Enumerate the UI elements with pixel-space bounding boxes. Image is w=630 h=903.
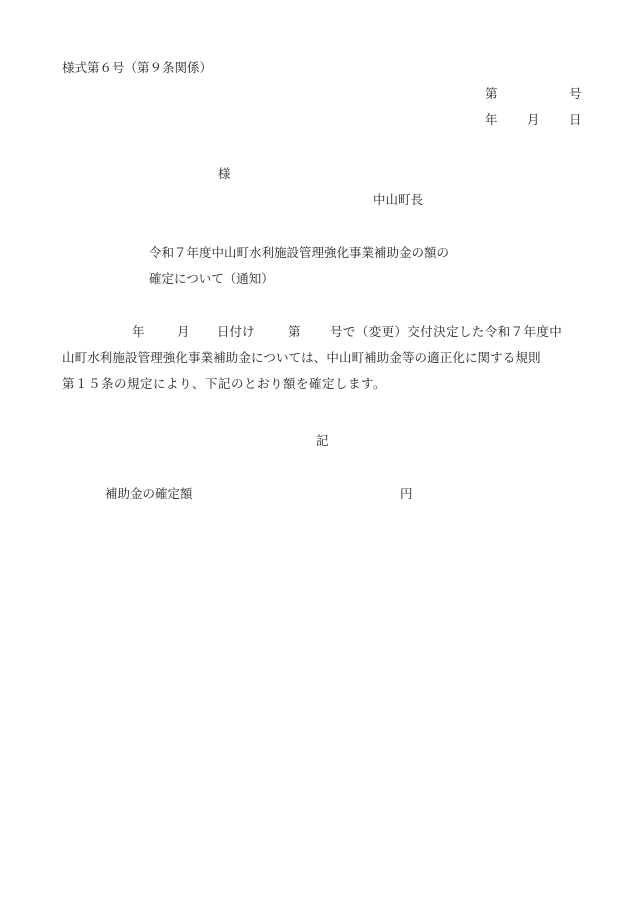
body-month: 月 (177, 324, 190, 340)
date-day: 日 (569, 112, 582, 128)
body-number-prefix: 第 (288, 324, 301, 340)
document-number-suffix: 号 (569, 86, 582, 102)
date-year: 年 (485, 112, 498, 128)
title-line-1: 令和７年度中山町水利施設管理強化事業補助金の額の (149, 245, 449, 261)
body-line-3: 第１５条の規定により、下記のとおり額を確定します。 (62, 376, 386, 392)
amount-label: 補助金の確定額 (105, 486, 193, 502)
body-line-1-rest: 号で（変更）交付決定した令和７年度中 (330, 324, 562, 340)
recipient-suffix: 様 (218, 166, 231, 182)
ki-heading: 記 (316, 433, 329, 449)
amount-unit: 円 (400, 486, 413, 502)
title-line-2: 確定について（通知） (149, 271, 274, 287)
date-month: 月 (527, 112, 540, 128)
form-number: 様式第６号（第９条関係） (62, 60, 212, 76)
body-year: 年 (132, 324, 145, 340)
sender: 中山町長 (373, 192, 423, 208)
document-number-prefix: 第 (485, 86, 498, 102)
body-day: 日付け (217, 324, 255, 340)
body-line-2: 山町水利施設管理強化事業補助金については、中山町補助金等の適正化に関する規則 (62, 350, 541, 366)
